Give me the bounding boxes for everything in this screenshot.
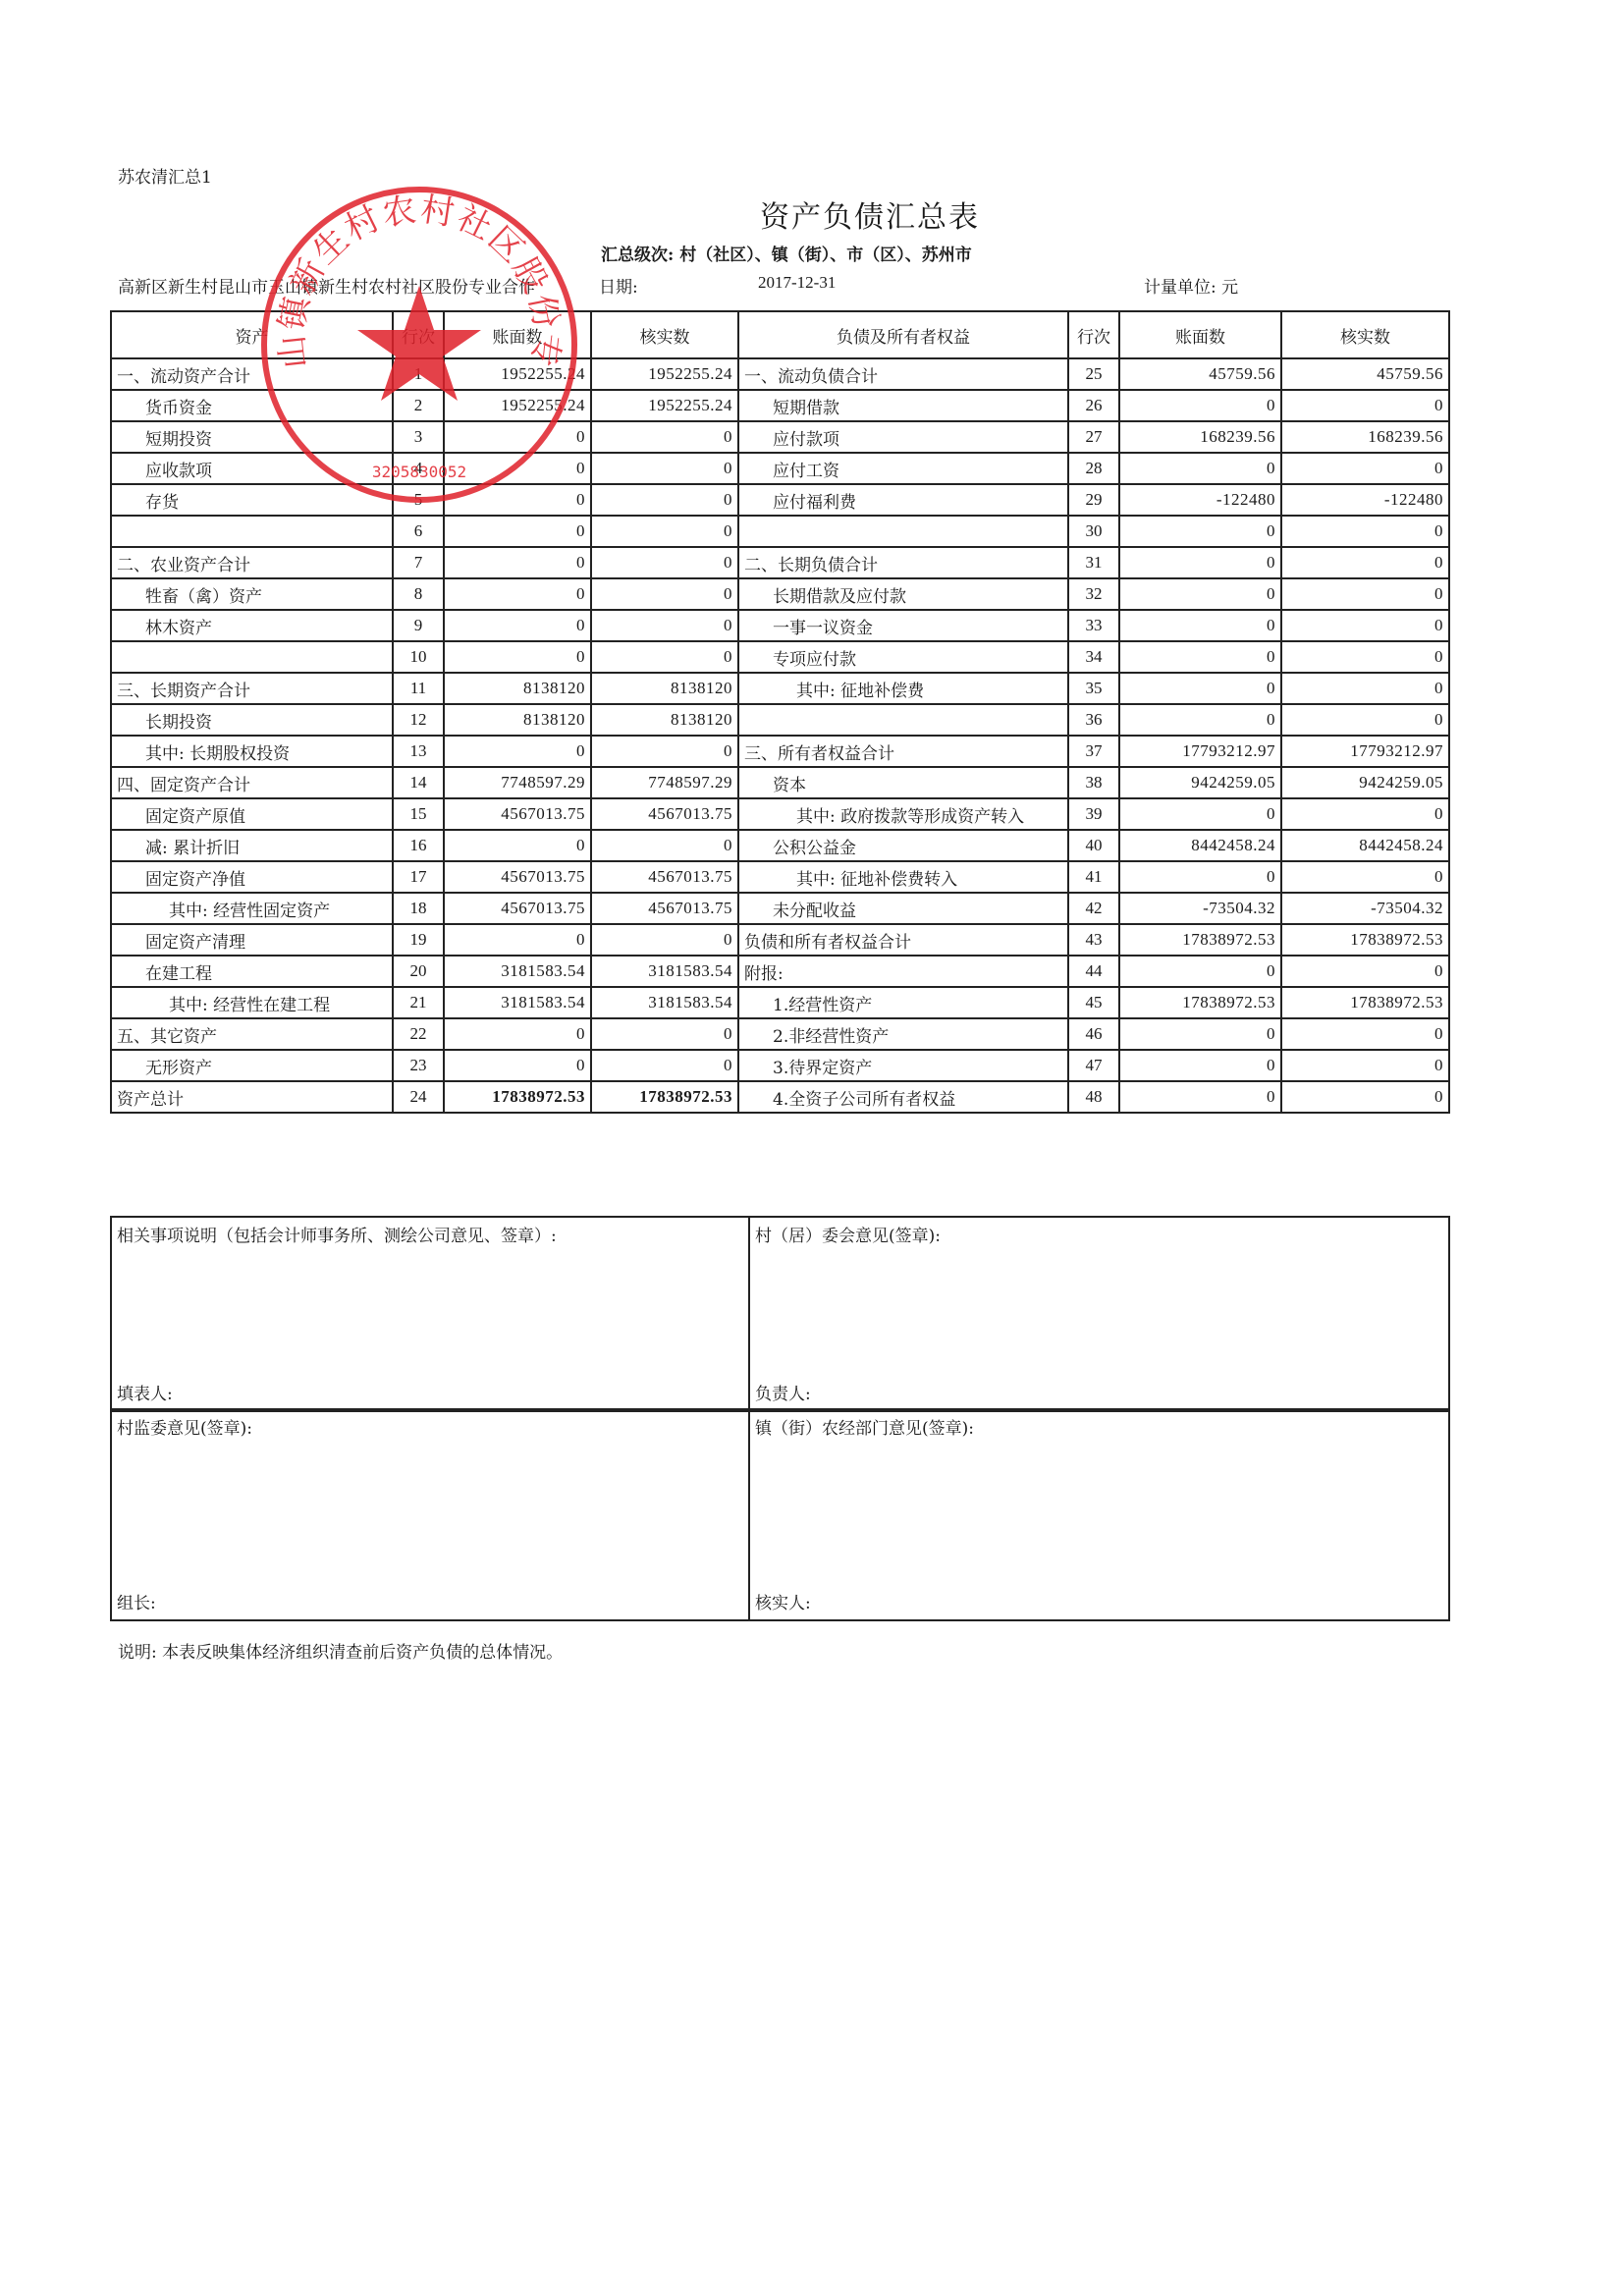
asset-row-no: 6 [393, 516, 444, 547]
asset-row-no: 7 [393, 547, 444, 578]
asset-verified-value: 8138120 [591, 704, 738, 736]
liability-verified-value: 0 [1281, 578, 1449, 610]
liability-row-no: 37 [1068, 736, 1119, 767]
asset-verified-value: 0 [591, 1018, 738, 1050]
liability-row-no: 29 [1068, 484, 1119, 516]
liability-book-value: 0 [1119, 956, 1281, 987]
liability-verified-value: 0 [1281, 798, 1449, 830]
table-row: 一、流动资产合计11952255.241952255.24一、流动负债合计254… [111, 358, 1449, 390]
team-leader-label: 组长: [117, 1589, 156, 1613]
table-row: 6003000 [111, 516, 1449, 547]
asset-row-no: 11 [393, 673, 444, 704]
table-row: 资产总计2417838972.5317838972.534.全资子公司所有者权益… [111, 1081, 1449, 1113]
liability-row-no: 26 [1068, 390, 1119, 421]
asset-verified-value: 1952255.24 [591, 358, 738, 390]
asset-label: 长期投资 [111, 704, 393, 736]
asset-book-value: 0 [444, 453, 591, 484]
table-header-row: 资产 行次 账面数 核实数 负债及所有者权益 行次 账面数 核实数 [111, 311, 1449, 358]
asset-book-value: 1952255.24 [444, 358, 591, 390]
liability-label: 应付福利费 [738, 484, 1068, 516]
liability-row-no: 42 [1068, 893, 1119, 924]
table-row: 二、农业资产合计700二、长期负债合计3100 [111, 547, 1449, 578]
asset-book-value: 4567013.75 [444, 861, 591, 893]
liability-verified-value: 0 [1281, 516, 1449, 547]
asset-book-value: 4567013.75 [444, 893, 591, 924]
liability-label: 未分配收益 [738, 893, 1068, 924]
liability-row-no: 30 [1068, 516, 1119, 547]
liability-label: 负债和所有者权益合计 [738, 924, 1068, 956]
asset-label: 牲畜（禽）资产 [111, 578, 393, 610]
asset-verified-value: 0 [591, 516, 738, 547]
liability-book-value: 0 [1119, 704, 1281, 736]
liability-verified-value: 0 [1281, 453, 1449, 484]
asset-label: 其中: 经营性固定资产 [111, 893, 393, 924]
remarks-table-lower: 村监委意见(签章): 组长: 镇（街）农经部门意见(签章): 核实人: [110, 1408, 1450, 1621]
table-row: 长期投资12813812081381203600 [111, 704, 1449, 736]
liability-label: 一事一议资金 [738, 610, 1068, 641]
asset-book-value: 0 [444, 1018, 591, 1050]
page-title: 资产负债汇总表 [0, 192, 1622, 236]
liability-label: 其中: 政府拨款等形成资产转入 [738, 798, 1068, 830]
liability-row-no: 25 [1068, 358, 1119, 390]
liability-row-no: 44 [1068, 956, 1119, 987]
asset-book-value: 4567013.75 [444, 798, 591, 830]
asset-verified-value: 0 [591, 641, 738, 673]
table-row: 减: 累计折旧1600公积公益金408442458.248442458.24 [111, 830, 1449, 861]
asset-book-value: 0 [444, 516, 591, 547]
asset-label: 无形资产 [111, 1050, 393, 1081]
asset-book-value: 0 [444, 578, 591, 610]
table-row: 应收款项400应付工资2800 [111, 453, 1449, 484]
liability-row-no: 46 [1068, 1018, 1119, 1050]
liability-book-value: 17838972.53 [1119, 987, 1281, 1018]
liability-label: 4.全资子公司所有者权益 [738, 1081, 1068, 1113]
liability-verified-value: 0 [1281, 673, 1449, 704]
asset-verified-value: 3181583.54 [591, 956, 738, 987]
related-notes-cell[interactable]: 相关事项说明（包括会计师事务所、测绘公司意见、签章）: 填表人: [111, 1217, 749, 1411]
table-row: 无形资产23003.待界定资产4700 [111, 1050, 1449, 1081]
liability-verified-value: 0 [1281, 1081, 1449, 1113]
asset-book-value: 0 [444, 641, 591, 673]
asset-row-no: 21 [393, 987, 444, 1018]
table-row: 1000专项应付款3400 [111, 641, 1449, 673]
remarks-table-upper: 相关事项说明（包括会计师事务所、测绘公司意见、签章）: 填表人: 村（居）委会意… [110, 1216, 1450, 1412]
liability-row-no: 31 [1068, 547, 1119, 578]
table-row: 货币资金21952255.241952255.24短期借款2600 [111, 390, 1449, 421]
asset-book-value: 0 [444, 484, 591, 516]
asset-label: 其中: 长期股权投资 [111, 736, 393, 767]
liability-row-no: 35 [1068, 673, 1119, 704]
asset-label: 二、农业资产合计 [111, 547, 393, 578]
asset-book-value: 0 [444, 610, 591, 641]
asset-row-no: 12 [393, 704, 444, 736]
liability-verified-value: -73504.32 [1281, 893, 1449, 924]
table-row: 存货500应付福利费29-122480-122480 [111, 484, 1449, 516]
liability-row-no: 39 [1068, 798, 1119, 830]
liability-book-value: 168239.56 [1119, 421, 1281, 453]
asset-book-value: 0 [444, 736, 591, 767]
form-code: 苏农清汇总1 [118, 163, 212, 188]
asset-row-no: 4 [393, 453, 444, 484]
table-row: 其中: 经营性固定资产184567013.754567013.75未分配收益42… [111, 893, 1449, 924]
asset-verified-value: 0 [591, 484, 738, 516]
asset-row-no: 13 [393, 736, 444, 767]
table-row: 其中: 经营性在建工程213181583.543181583.541.经营性资产… [111, 987, 1449, 1018]
asset-label: 其中: 经营性在建工程 [111, 987, 393, 1018]
liability-verified-value: 0 [1281, 704, 1449, 736]
liability-label: 短期借款 [738, 390, 1068, 421]
table-row: 四、固定资产合计147748597.297748597.29资本38942425… [111, 767, 1449, 798]
asset-row-no: 8 [393, 578, 444, 610]
report-date: 2017-12-31 [758, 273, 836, 293]
liability-label: 三、所有者权益合计 [738, 736, 1068, 767]
organization-name: 高新区新生村昆山市玉山镇新生村农村社区股份专业合作 [118, 273, 535, 298]
liability-verified-value: 17793212.97 [1281, 736, 1449, 767]
table-row: 林木资产900一事一议资金3300 [111, 610, 1449, 641]
balance-sheet-table: 资产 行次 账面数 核实数 负债及所有者权益 行次 账面数 核实数 一、流动资产… [110, 310, 1450, 1114]
asset-verified-value: 0 [591, 610, 738, 641]
liability-book-value: -73504.32 [1119, 893, 1281, 924]
asset-book-value: 8138120 [444, 704, 591, 736]
asset-row-no: 5 [393, 484, 444, 516]
liability-label: 应付工资 [738, 453, 1068, 484]
asset-book-value: 8138120 [444, 673, 591, 704]
asset-label: 短期投资 [111, 421, 393, 453]
liability-label: 2.非经营性资产 [738, 1018, 1068, 1050]
town-dept-cell[interactable]: 镇（街）农经部门意见(签章): 核实人: [749, 1409, 1449, 1620]
header-verified-value: 核实数 [591, 311, 738, 358]
header-verified-value: 核实数 [1281, 311, 1449, 358]
asset-label [111, 516, 393, 547]
liability-verified-value: 45759.56 [1281, 358, 1449, 390]
liability-verified-value: 0 [1281, 1018, 1449, 1050]
asset-row-no: 17 [393, 861, 444, 893]
liability-book-value: 0 [1119, 1081, 1281, 1113]
liability-verified-value: 0 [1281, 1050, 1449, 1081]
liability-verified-value: 0 [1281, 610, 1449, 641]
asset-verified-value: 1952255.24 [591, 390, 738, 421]
asset-label: 应收款项 [111, 453, 393, 484]
liability-row-no: 32 [1068, 578, 1119, 610]
header-assets: 资产 [111, 311, 393, 358]
footer-note: 说明: 本表反映集体经济组织清查前后资产负债的总体情况。 [118, 1638, 563, 1663]
verifier-label: 核实人: [755, 1589, 811, 1613]
asset-book-value: 7748597.29 [444, 767, 591, 798]
asset-row-no: 10 [393, 641, 444, 673]
liability-book-value: 0 [1119, 578, 1281, 610]
asset-verified-value: 4567013.75 [591, 861, 738, 893]
liability-label: 专项应付款 [738, 641, 1068, 673]
asset-label: 资产总计 [111, 1081, 393, 1113]
asset-row-no: 18 [393, 893, 444, 924]
asset-label: 货币资金 [111, 390, 393, 421]
liability-book-value: 17793212.97 [1119, 736, 1281, 767]
asset-book-value: 0 [444, 924, 591, 956]
liability-book-value: 0 [1119, 453, 1281, 484]
asset-book-value: 0 [444, 830, 591, 861]
asset-verified-value: 0 [591, 736, 738, 767]
liability-row-no: 47 [1068, 1050, 1119, 1081]
asset-row-no: 24 [393, 1081, 444, 1113]
table-row: 其中: 长期股权投资1300三、所有者权益合计3717793212.971779… [111, 736, 1449, 767]
liability-row-no: 36 [1068, 704, 1119, 736]
asset-row-no: 16 [393, 830, 444, 861]
liability-row-no: 43 [1068, 924, 1119, 956]
header-book-value: 账面数 [444, 311, 591, 358]
liability-label: 应付款项 [738, 421, 1068, 453]
liability-verified-value: 17838972.53 [1281, 987, 1449, 1018]
liability-row-no: 33 [1068, 610, 1119, 641]
related-notes-label: 相关事项说明（包括会计师事务所、测绘公司意见、签章）: [117, 1227, 557, 1246]
asset-label: 固定资产净值 [111, 861, 393, 893]
liability-label: 1.经营性资产 [738, 987, 1068, 1018]
liability-label [738, 516, 1068, 547]
liability-book-value: 0 [1119, 516, 1281, 547]
village-committee-label: 村（居）委会意见(签章): [755, 1227, 941, 1246]
liability-book-value: 8442458.24 [1119, 830, 1281, 861]
asset-book-value: 1952255.24 [444, 390, 591, 421]
liability-book-value: 9424259.05 [1119, 767, 1281, 798]
asset-label [111, 641, 393, 673]
liability-book-value: 0 [1119, 390, 1281, 421]
liability-label: 公积公益金 [738, 830, 1068, 861]
asset-book-value: 3181583.54 [444, 956, 591, 987]
supervisory-committee-cell[interactable]: 村监委意见(签章): 组长: [111, 1409, 749, 1620]
person-in-charge-label: 负责人: [755, 1380, 811, 1404]
asset-row-no: 14 [393, 767, 444, 798]
asset-verified-value: 17838972.53 [591, 1081, 738, 1113]
liability-book-value: 0 [1119, 861, 1281, 893]
summary-level: 汇总级次: 村（社区）、镇（街）、市（区）、苏州市 [601, 241, 972, 265]
liability-verified-value: 0 [1281, 547, 1449, 578]
liability-label: 二、长期负债合计 [738, 547, 1068, 578]
liability-row-no: 45 [1068, 987, 1119, 1018]
date-label: 日期: [599, 273, 638, 298]
liability-verified-value: 8442458.24 [1281, 830, 1449, 861]
asset-row-no: 22 [393, 1018, 444, 1050]
liability-row-no: 34 [1068, 641, 1119, 673]
table-row: 短期投资300应付款项27168239.56168239.56 [111, 421, 1449, 453]
liability-book-value: 17838972.53 [1119, 924, 1281, 956]
asset-label: 林木资产 [111, 610, 393, 641]
liability-label: 3.待界定资产 [738, 1050, 1068, 1081]
asset-verified-value: 3181583.54 [591, 987, 738, 1018]
table-row: 固定资产清理1900负债和所有者权益合计4317838972.531783897… [111, 924, 1449, 956]
liability-row-no: 48 [1068, 1081, 1119, 1113]
asset-verified-value: 4567013.75 [591, 893, 738, 924]
liability-label: 资本 [738, 767, 1068, 798]
asset-label: 四、固定资产合计 [111, 767, 393, 798]
liability-book-value: -122480 [1119, 484, 1281, 516]
asset-label: 固定资产清理 [111, 924, 393, 956]
asset-row-no: 15 [393, 798, 444, 830]
liability-book-value: 0 [1119, 1050, 1281, 1081]
liability-row-no: 40 [1068, 830, 1119, 861]
asset-label: 在建工程 [111, 956, 393, 987]
asset-verified-value: 0 [591, 1050, 738, 1081]
asset-row-no: 2 [393, 390, 444, 421]
table-row: 三、长期资产合计1181381208138120其中: 征地补偿费3500 [111, 673, 1449, 704]
header-book-value: 账面数 [1119, 311, 1281, 358]
table-row: 固定资产净值174567013.754567013.75其中: 征地补偿费转入4… [111, 861, 1449, 893]
preparer-label: 填表人: [117, 1380, 173, 1404]
asset-book-value: 0 [444, 1050, 591, 1081]
liability-label: 长期借款及应付款 [738, 578, 1068, 610]
liability-book-value: 0 [1119, 547, 1281, 578]
liability-book-value: 0 [1119, 641, 1281, 673]
liability-label: 附报: [738, 956, 1068, 987]
liability-row-no: 28 [1068, 453, 1119, 484]
asset-book-value: 0 [444, 547, 591, 578]
asset-verified-value: 7748597.29 [591, 767, 738, 798]
liability-label: 其中: 征地补偿费转入 [738, 861, 1068, 893]
liability-verified-value: 0 [1281, 861, 1449, 893]
liability-verified-value: 0 [1281, 641, 1449, 673]
liability-label [738, 704, 1068, 736]
liability-verified-value: 0 [1281, 956, 1449, 987]
asset-verified-value: 0 [591, 830, 738, 861]
asset-label: 存货 [111, 484, 393, 516]
asset-row-no: 19 [393, 924, 444, 956]
asset-verified-value: 0 [591, 578, 738, 610]
asset-label: 一、流动资产合计 [111, 358, 393, 390]
asset-verified-value: 0 [591, 453, 738, 484]
asset-book-value: 0 [444, 421, 591, 453]
asset-row-no: 20 [393, 956, 444, 987]
liability-verified-value: 17838972.53 [1281, 924, 1449, 956]
liability-book-value: 0 [1119, 610, 1281, 641]
liability-book-value: 0 [1119, 1018, 1281, 1050]
liability-label: 一、流动负债合计 [738, 358, 1068, 390]
town-dept-label: 镇（街）农经部门意见(签章): [755, 1419, 974, 1439]
table-row: 固定资产原值154567013.754567013.75其中: 政府拨款等形成资… [111, 798, 1449, 830]
header-row-no: 行次 [393, 311, 444, 358]
liability-verified-value: 9424259.05 [1281, 767, 1449, 798]
liability-verified-value: 168239.56 [1281, 421, 1449, 453]
asset-label: 三、长期资产合计 [111, 673, 393, 704]
asset-row-no: 1 [393, 358, 444, 390]
liability-row-no: 27 [1068, 421, 1119, 453]
asset-book-value: 3181583.54 [444, 987, 591, 1018]
asset-verified-value: 8138120 [591, 673, 738, 704]
table-row: 在建工程203181583.543181583.54附报:4400 [111, 956, 1449, 987]
asset-label: 五、其它资产 [111, 1018, 393, 1050]
table-row: 牲畜（禽）资产800长期借款及应付款3200 [111, 578, 1449, 610]
liability-row-no: 41 [1068, 861, 1119, 893]
asset-row-no: 3 [393, 421, 444, 453]
liability-label: 其中: 征地补偿费 [738, 673, 1068, 704]
asset-book-value: 17838972.53 [444, 1081, 591, 1113]
liability-book-value: 0 [1119, 673, 1281, 704]
table-row: 五、其它资产22002.非经营性资产4600 [111, 1018, 1449, 1050]
asset-verified-value: 0 [591, 421, 738, 453]
asset-verified-value: 0 [591, 547, 738, 578]
liability-book-value: 0 [1119, 798, 1281, 830]
header-row-no: 行次 [1068, 311, 1119, 358]
asset-label: 固定资产原值 [111, 798, 393, 830]
asset-label: 减: 累计折旧 [111, 830, 393, 861]
unit-label: 计量单位: 元 [1144, 273, 1238, 298]
header-liabilities-equity: 负债及所有者权益 [738, 311, 1068, 358]
liability-row-no: 38 [1068, 767, 1119, 798]
asset-row-no: 23 [393, 1050, 444, 1081]
asset-verified-value: 4567013.75 [591, 798, 738, 830]
village-committee-cell[interactable]: 村（居）委会意见(签章): 负责人: [749, 1217, 1449, 1411]
liability-book-value: 45759.56 [1119, 358, 1281, 390]
asset-row-no: 9 [393, 610, 444, 641]
supervisory-committee-label: 村监委意见(签章): [117, 1419, 252, 1439]
liability-verified-value: -122480 [1281, 484, 1449, 516]
asset-verified-value: 0 [591, 924, 738, 956]
liability-verified-value: 0 [1281, 390, 1449, 421]
